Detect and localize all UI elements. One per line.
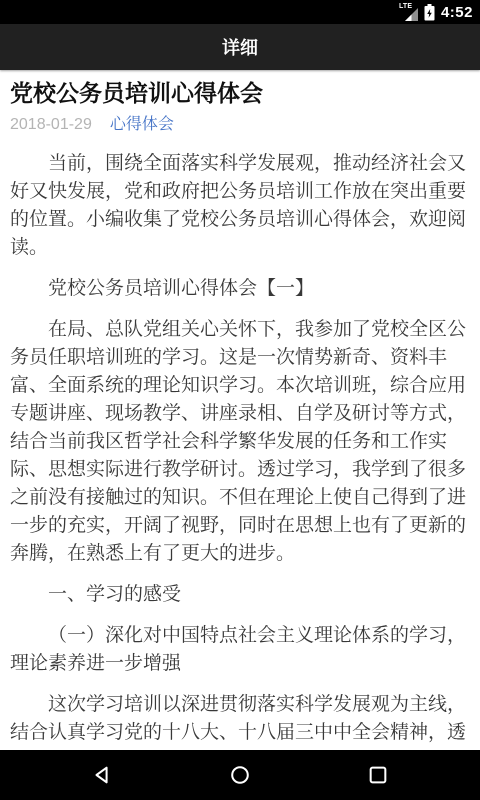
back-button[interactable] [78, 751, 126, 799]
paragraph: （一）深化对中国特点社会主义理论体系的学习，理论素养进一步增强 [10, 622, 466, 678]
app-bar: 详细 [0, 24, 480, 70]
paragraph: 这次学习培训以深进贯彻落实科学发展观为主线，结合认真学习党的十八大、十八届三中中… [10, 691, 466, 747]
home-icon [229, 764, 251, 786]
recents-button[interactable] [354, 751, 402, 799]
paragraph: 一、学习的感受 [10, 581, 466, 609]
back-icon [91, 764, 113, 786]
article-date: 2018-01-29 [10, 114, 92, 136]
paragraph: 党校公务员培训心得体会【一】 [10, 275, 466, 303]
article-content[interactable]: 党校公务员培训心得体会 2018-01-29 心得体会 当前，围绕全面落实科学发… [0, 70, 480, 750]
status-bar: LTE 4:52 [0, 0, 480, 24]
paragraph: 当前，围绕全面落实科学发展观，推动经济社会又好又快发展，党和政府把公务员培训工作… [10, 150, 466, 262]
recents-icon [367, 764, 389, 786]
status-time: 4:52 [441, 4, 473, 21]
battery-charging-icon [424, 4, 435, 21]
home-button[interactable] [216, 751, 264, 799]
android-nav-bar [0, 750, 480, 800]
page-title: 详细 [222, 34, 258, 60]
category-link[interactable]: 心得体会 [110, 114, 174, 136]
lte-signal-icon: LTE [399, 3, 418, 22]
article-body: 当前，围绕全面落实科学发展观，推动经济社会又好又快发展，党和政府把公务员培训工作… [10, 150, 466, 747]
phone-screen: LTE 4:52 详细 党校公务员培训心得体会 2018-01-29 心得体会 … [0, 0, 480, 800]
article-title: 党校公务员培训心得体会 [10, 78, 466, 108]
article-meta: 2018-01-29 心得体会 [10, 114, 466, 136]
paragraph: 在局、总队党组关心关怀下，我参加了党校全区公务员任职培训班的学习。这是一次情势新… [10, 316, 466, 568]
